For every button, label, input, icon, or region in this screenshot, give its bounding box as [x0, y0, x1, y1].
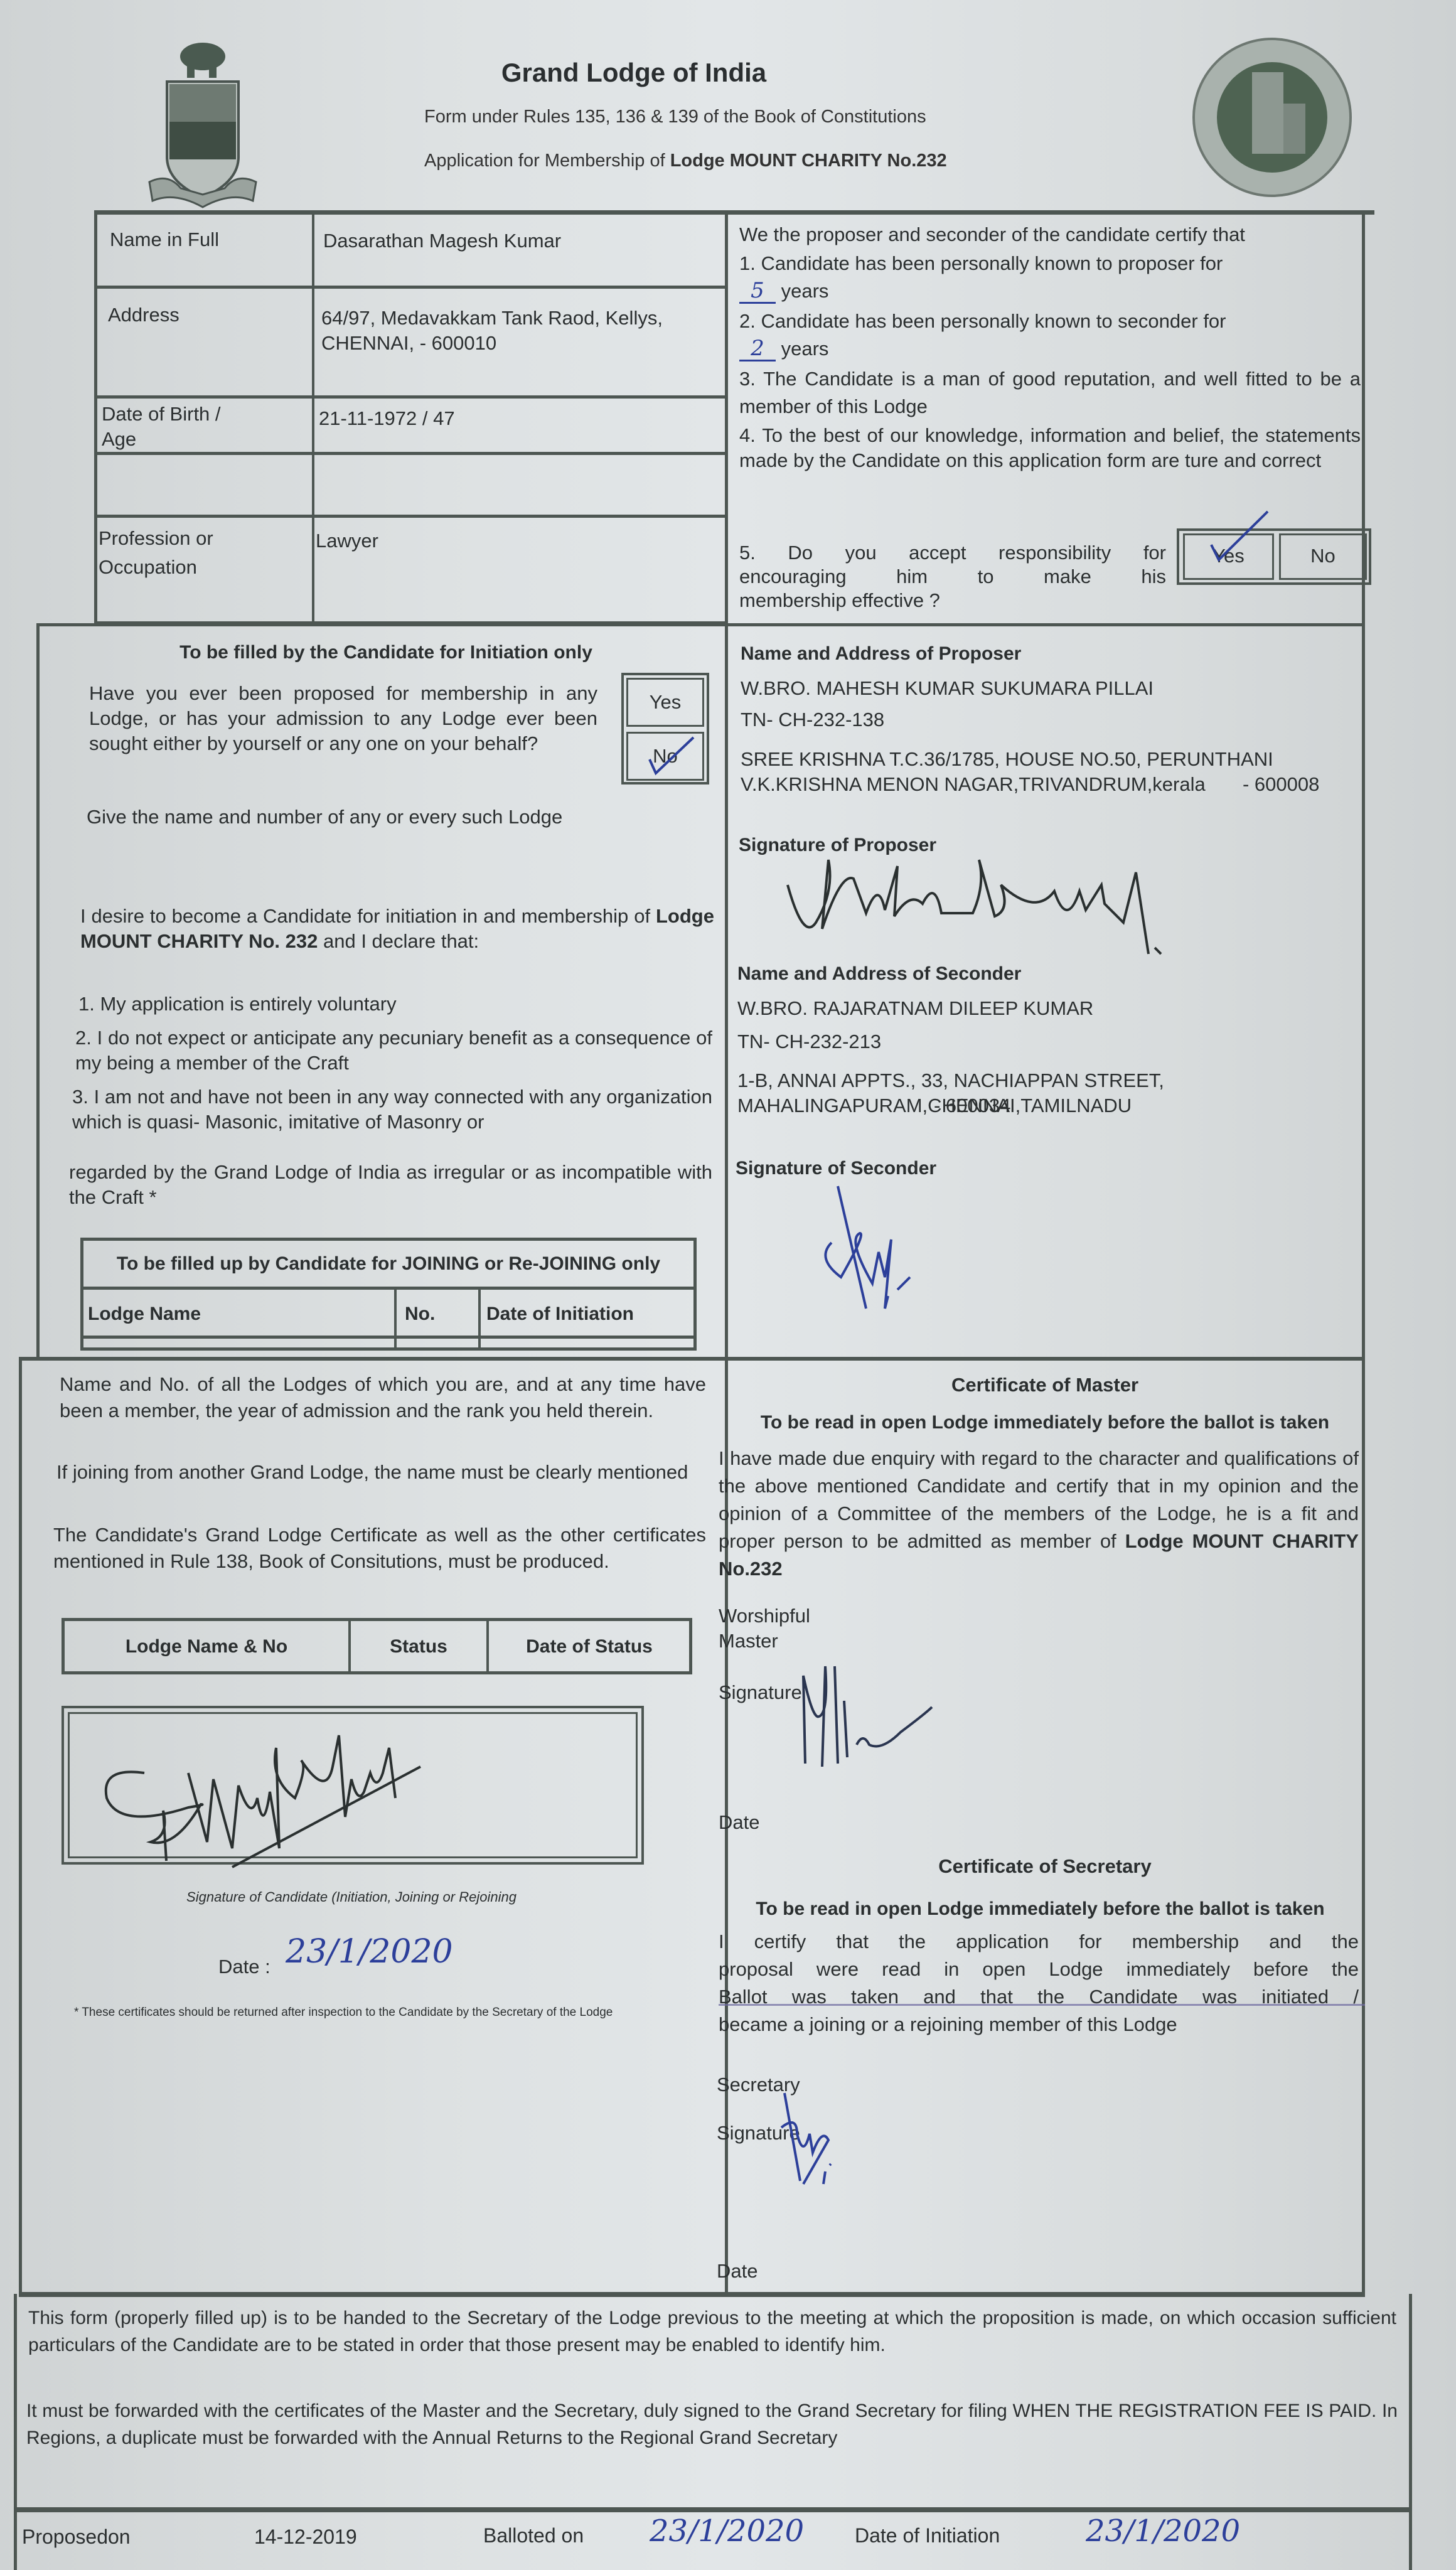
cert-item1-years: 5 years — [739, 277, 1361, 305]
name-value: Dasarathan Magesh Kumar — [323, 227, 561, 255]
secretary-date-label: Date — [717, 2257, 757, 2285]
years-label: years — [781, 280, 829, 302]
years-label: years — [781, 338, 829, 360]
lodges-membership-para2: If joining from another Grand Lodge, the… — [56, 1459, 706, 1486]
cert-item2-years: 2 years — [739, 335, 1361, 363]
lodges-col-name: Lodge Name & No — [65, 1633, 348, 1661]
proposer-years-value: 5 — [739, 279, 776, 304]
master-cert-title: Certificate of Master — [728, 1371, 1362, 1399]
profession-value: Lawyer — [316, 527, 378, 555]
wm-label-line1: Worshipful — [719, 1604, 810, 1629]
secretary-cert-subtitle: To be read in open Lodge immediately bef… — [719, 1895, 1362, 1923]
application-prefix: Application for Membership of — [424, 151, 665, 171]
declaration-item3: 3. I am not and have not been in any way… — [72, 1084, 712, 1135]
lodges-col-date: Date of Status — [489, 1633, 690, 1661]
name-label: Name in Full — [110, 226, 219, 254]
dob-value: 21-11-1972 / 47 — [319, 405, 455, 432]
lodges-membership-para3: The Candidate's Grand Lodge Certificate … — [53, 1522, 706, 1575]
dob-label-line1: Date of Birth / — [102, 402, 221, 427]
seconder-reg-no: TN- CH-232-213 — [737, 1028, 881, 1056]
worshipful-master-label: Worshipful Master — [719, 1604, 810, 1654]
declaration-text-end: and I declare that: — [323, 930, 479, 952]
seconder-signature-label: Signature of Seconder — [736, 1155, 936, 1182]
balloted-on-value: 23/1/2020 — [650, 2514, 804, 2549]
initiation-date-value: 23/1/2020 — [1086, 2514, 1240, 2549]
proposed-on-label: Proposedon — [22, 2523, 131, 2551]
balloted-on-label: Balloted on — [483, 2522, 584, 2549]
cert-item1: 1. Candidate has been personally known t… — [739, 250, 1361, 277]
proposer-reg-no: TN- CH-232-138 — [741, 706, 884, 734]
secretary-cert-line3-struck: Ballot was taken and that the Candidate … — [719, 1983, 1359, 2011]
secretary-cert-body: I certify that the application for membe… — [719, 1928, 1359, 2038]
seconder-heading: Name and Address of Seconder — [737, 960, 1021, 988]
candidate-signature-caption: Signature of Candidate (Initiation, Join… — [63, 1889, 640, 1905]
checkmark-icon — [643, 734, 700, 778]
joining-col-lodge-name: Lodge Name — [88, 1300, 201, 1328]
declaration-item2: 2. I do not expect or anticipate any pec… — [75, 1025, 712, 1076]
profession-label: Profession or Occupation — [99, 524, 213, 582]
form-subtitle: Form under Rules 135, 136 & 139 of the B… — [424, 107, 1052, 127]
lodge-name: Lodge MOUNT CHARITY No.232 — [670, 151, 947, 171]
initiation-question: Have you ever been proposed for membersh… — [89, 681, 597, 756]
certification-block: We the proposer and seconder of the cand… — [739, 221, 1361, 473]
seconder-name: W.BRO. RAJARATNAM DILEEP KUMAR — [737, 995, 1093, 1022]
secretary-signature — [778, 2090, 841, 2190]
master-cert-subtitle: To be read in open Lodge immediately bef… — [728, 1409, 1362, 1437]
application-form-page: Grand Lodge of India Form under Rules 13… — [0, 0, 1456, 2570]
joining-table-heading: To be filled up by Candidate for JOINING… — [83, 1250, 693, 1278]
candidate-footnote: * These certificates should be returned … — [74, 2003, 670, 2022]
dob-label-line2: Age — [102, 427, 221, 452]
seconder-pin: - 600034 — [934, 1092, 1010, 1120]
master-date-label: Date — [719, 1809, 759, 1836]
give-lodge-name-label: Give the name and number of any or every… — [87, 803, 562, 831]
proposer-heading: Name and Address of Proposer — [741, 640, 1021, 668]
cert-item2: 2. Candidate has been personally known t… — [739, 308, 1361, 335]
master-signature — [800, 1663, 951, 1776]
form-title: Grand Lodge of India — [464, 58, 803, 88]
responsibility-no-checkbox[interactable]: No — [1279, 533, 1367, 580]
cert-item3: 3. The Candidate is a man of good reputa… — [739, 365, 1361, 420]
dob-label: Date of Birth / Age — [102, 402, 221, 452]
cert-item4: 4. To the best of our knowledge, informa… — [739, 423, 1361, 473]
cert-item5-line2: encouraging him to make his — [739, 565, 1166, 589]
declaration-item3-cont: regarded by the Grand Lodge of India as … — [69, 1160, 712, 1210]
candidate-date-value: 23/1/2020 — [286, 1933, 453, 1971]
proposer-pin: - 600008 — [1243, 771, 1319, 798]
proposer-name: W.BRO. MAHESH KUMAR SUKUMARA PILLAI — [741, 675, 1154, 702]
secretary-cert-line4: became a joining or a rejoining member o… — [719, 2011, 1359, 2038]
instructions-para2: It must be forwarded with the certificat… — [26, 2397, 1398, 2451]
candidate-signature — [63, 1698, 565, 1867]
strikethrough-line — [719, 2004, 1365, 2006]
seconder-address-line1: 1-B, ANNAI APPTS., 33, NACHIAPPAN STREET… — [737, 1067, 1164, 1095]
candidate-date-label: Date : — [218, 1953, 270, 1981]
wm-label-line2: Master — [719, 1629, 810, 1654]
cert-item5: 5. Do you accept responsibility for enco… — [739, 541, 1166, 613]
joining-col-date: Date of Initiation — [486, 1300, 634, 1328]
lodges-membership-para1: Name and No. of all the Lodges of which … — [60, 1371, 706, 1424]
proposed-on-value: 14-12-2019 — [254, 2523, 357, 2551]
secretary-cert-line2: proposal were read in open Lodge immedia… — [719, 1956, 1359, 1983]
seconder-years-value: 2 — [739, 337, 776, 361]
address-line1: 64/97, Medavakkam Tank Raod, Kellys, — [321, 304, 663, 332]
address-label: Address — [108, 301, 179, 329]
master-signature-label: Signature — [719, 1679, 802, 1706]
lodges-col-status: Status — [351, 1633, 486, 1661]
initiation-heading: To be filled by the Candidate for Initia… — [44, 639, 728, 667]
prior-proposal-yes-checkbox[interactable]: Yes — [626, 678, 704, 727]
initiation-date-label: Date of Initiation — [855, 2522, 1000, 2549]
candidate-declaration: I desire to become a Candidate for initi… — [80, 904, 714, 954]
profession-label-line1: Profession or — [99, 524, 213, 553]
checkmark-icon — [1205, 508, 1274, 577]
proposer-address-line2: V.K.KRISHNA MENON NAGAR,TRIVANDRUM,keral… — [741, 771, 1206, 798]
profession-label-line2: Occupation — [99, 553, 213, 582]
joining-col-no: No. — [405, 1300, 435, 1328]
proposer-address-line1: SREE KRISHNA T.C.36/1785, HOUSE NO.50, P… — [741, 746, 1273, 773]
seconder-signature — [803, 1183, 929, 1315]
instructions-para1: This form (properly filled up) is to be … — [28, 2305, 1396, 2359]
secretary-cert-title: Certificate of Secretary — [728, 1853, 1362, 1880]
master-cert-body: I have made due enquiry with regard to t… — [719, 1445, 1359, 1583]
secretary-cert-line1: I certify that the application for membe… — [719, 1928, 1359, 1956]
cert-item5-line3: membership effective ? — [739, 589, 1166, 613]
declaration-text: I desire to become a Candidate for initi… — [80, 905, 650, 927]
address-line2: CHENNAI, - 600010 — [321, 329, 496, 357]
application-line: Application for Membership of Lodge MOUN… — [424, 151, 1115, 171]
regional-grand-lodge-southern-india-seal-icon — [1189, 35, 1356, 201]
cert-item5-line1: 5. Do you accept responsibility for — [739, 541, 1166, 565]
cert-intro: We the proposer and seconder of the cand… — [739, 221, 1361, 249]
declaration-item1: 1. My application is entirely voluntary — [78, 990, 397, 1018]
grand-lodge-crest-icon — [143, 38, 262, 213]
